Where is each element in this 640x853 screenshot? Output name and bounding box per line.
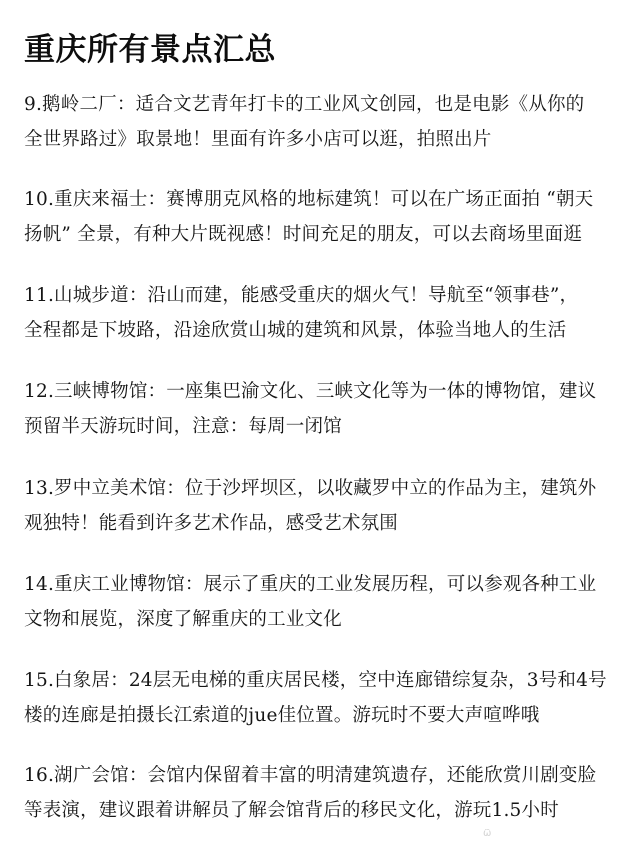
item-line: 等表演，建议跟着讲解员了解会馆背后的移民文化，游玩1.5小时 (24, 793, 624, 828)
item-line: 15.白象居：24层无电梯的重庆居民楼，空中连廊错综复杂，3号和4号 (24, 663, 624, 698)
item-line: 12.三峡博物馆：一座集巴渝文化、三峡文化等为一体的博物馆，建议 (24, 374, 624, 409)
item-line: 14.重庆工业博物馆：展示了重庆的工业发展历程，可以参观各种工业 (24, 567, 624, 602)
item-line: 11.山城步道：沿山而建，能感受重庆的烟火气！导航至“领事巷”， (24, 278, 624, 313)
item-line: 楼的连廊是拍摄长江索道的jue佳位置。游玩时不要大声喧哗哦 (24, 698, 624, 733)
list-item-13: 13.罗中立美术馆：位于沙坪坝区，以收藏罗中立的作品为主，建筑外 观独特！能看到… (24, 471, 624, 541)
item-line: 9.鹅岭二厂：适合文艺青年打卡的工业风文创园，也是电影《从你的 (24, 87, 624, 122)
list-item-16: 16.湖广会馆：会馆内保留着丰富的明清建筑遗存，还能欣赏川剧变脸 等表演，建议跟… (24, 758, 624, 828)
page-title: 重庆所有景点汇总 (24, 28, 276, 72)
list-item-15: 15.白象居：24层无电梯的重庆居民楼，空中连廊错综复杂，3号和4号 楼的连廊是… (24, 663, 624, 733)
item-line: 预留半天游玩时间，注意：每周一闭馆 (24, 409, 624, 444)
item-line: 文物和展览，深度了解重庆的工业文化 (24, 602, 624, 637)
list-item-9: 9.鹅岭二厂：适合文艺青年打卡的工业风文创园，也是电影《从你的 全世界路过》取景… (24, 87, 624, 157)
list-item-10: 10.重庆来福士：赛博朋克风格的地标建筑！可以在广场正面拍 “朝天 扬帆” 全景… (24, 182, 624, 252)
item-line: 10.重庆来福士：赛博朋克风格的地标建筑！可以在广场正面拍 “朝天 (24, 182, 624, 217)
item-line: 13.罗中立美术馆：位于沙坪坝区，以收藏罗中立的作品为主，建筑外 (24, 471, 624, 506)
item-line: 全世界路过》取景地！里面有许多小店可以逛，拍照出片 (24, 122, 624, 157)
list-item-14: 14.重庆工业博物馆：展示了重庆的工业发展历程，可以参观各种工业 文物和展览，深… (24, 567, 624, 637)
item-line: 16.湖广会馆：会馆内保留着丰富的明清建筑遗存，还能欣赏川剧变脸 (24, 758, 624, 793)
item-line: 扬帆” 全景，有种大片既视感！时间充足的朋友，可以去商场里面逛 (24, 217, 624, 252)
item-line: 观独特！能看到许多艺术作品，感受艺术氛围 (24, 506, 624, 541)
list-item-12: 12.三峡博物馆：一座集巴渝文化、三峡文化等为一体的博物馆，建议 预留半天游玩时… (24, 374, 624, 444)
document-page: 重庆所有景点汇总 9.鹅岭二厂：适合文艺青年打卡的工业风文创园，也是电影《从你的… (0, 0, 640, 853)
list-item-11: 11.山城步道：沿山而建，能感受重庆的烟火气！导航至“领事巷”， 全程都是下坡路… (24, 278, 624, 348)
watermark-icon: ѿ (483, 828, 491, 839)
item-line: 全程都是下坡路，沿途欣赏山城的建筑和风景，体验当地人的生活 (24, 313, 624, 348)
